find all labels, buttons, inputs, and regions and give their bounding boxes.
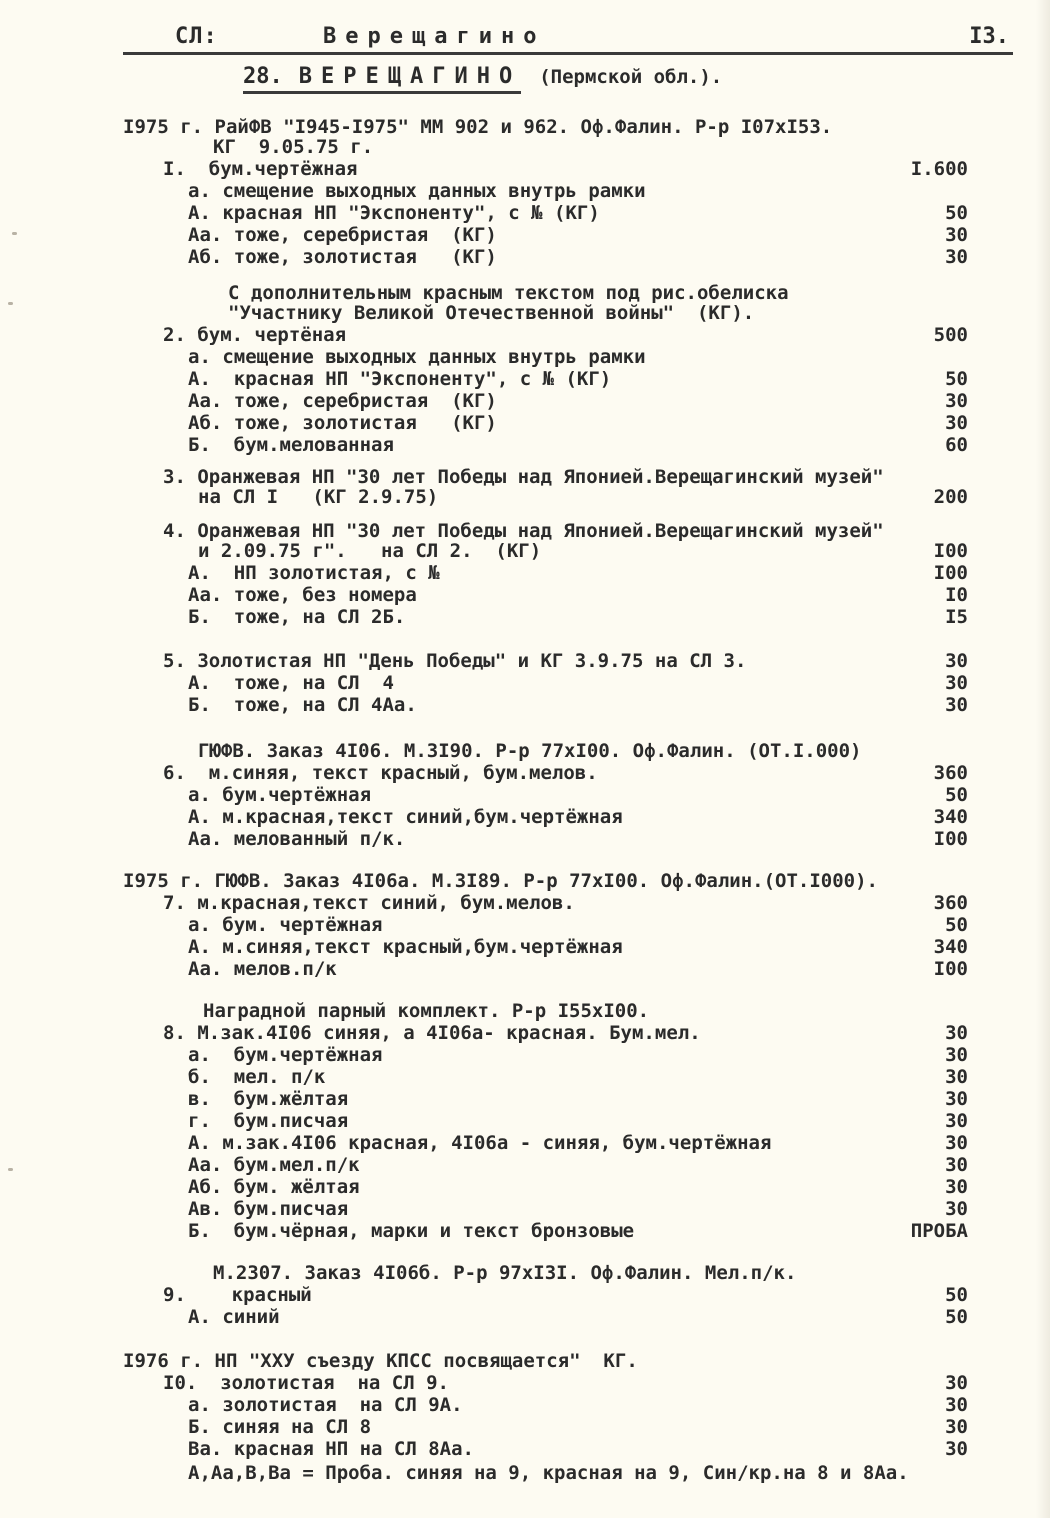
entry-text: Аб. тоже, золотистая (КГ) [188,412,497,434]
catalog-line: А. м.красная,текст синий,бум.чертёжная34… [0,806,1050,828]
entry-quantity: 30 [945,650,968,672]
entry-text: I976 г. НП "ХХУ съезду КПСС посвящается"… [123,1350,638,1372]
catalog-line: а. бум. чертёжная50 [0,914,1050,936]
entry-quantity: 50 [945,368,968,390]
catalog-line: ГЮФВ. Заказ 4I06. М.3I90. Р-р 77xI00. Оф… [0,740,1050,762]
catalog-line: а. смещение выходных данных внутрь рамки [0,346,1050,368]
entry-text: I. бум.чертёжная [163,158,357,180]
entry-quantity: 60 [945,434,968,456]
entry-text: на СЛ I (КГ 2.9.75) [198,486,438,508]
entry-text: "Участнику Великой Отечественной войны" … [228,302,754,324]
entry-quantity: 50 [945,202,968,224]
catalog-line: Аа. мелованный п/к.I00 [0,828,1050,850]
catalog-line: а. бум.чертёжная30 [0,1044,1050,1066]
catalog-line: 2. бум. чертёная500 [0,324,1050,346]
catalog-line: в. бум.жёлтая30 [0,1088,1050,1110]
section-heading: 28.ВЕРЕЩАГИНО [243,64,521,94]
entry-text: Б. бум.мелованная [188,434,394,456]
entry-text: I0. золотистая на СЛ 9. [163,1372,449,1394]
entry-quantity: 50 [945,784,968,806]
entry-quantity: 30 [945,1154,968,1176]
entry-text: А. красная НП "Экспоненту", с № (КГ) [188,202,600,224]
entry-text: 2. бум. чертёная [163,324,346,346]
section-name: ВЕРЕЩАГИНО [299,64,521,89]
catalog-line: I0. золотистая на СЛ 9.30 [0,1372,1050,1394]
catalog-line: и 2.09.75 г". на СЛ 2. (КГ)I00 [0,540,1050,562]
catalog-line: б. мел. п/к30 [0,1066,1050,1088]
entry-quantity: I00 [934,958,968,980]
entry-quantity: 50 [945,914,968,936]
catalog-line: 3. Оранжевая НП "30 лет Победы над Япони… [0,466,1050,488]
catalog-line: "Участнику Великой Отечественной войны" … [0,302,1050,324]
entry-quantity: 30 [945,1394,968,1416]
entry-text: Аа. мелов.п/к [188,958,337,980]
entry-text: А. м.зак.4I06 красная, 4I06а - синяя, бу… [188,1132,771,1154]
catalog-line: Аа. тоже, без номераI0 [0,584,1050,606]
catalog-line: 5. Золотистая НП "День Победы" и КГ 3.9.… [0,650,1050,672]
section-region: (Пермской обл.). [539,66,722,88]
entry-quantity: 30 [945,1198,968,1220]
catalog-line: Ав. бум.писчая30 [0,1198,1050,1220]
document-page: СЛ: Верещагино I3. 28.ВЕРЕЩАГИНО(Пермско… [0,0,1050,1518]
catalog-line: I976 г. НП "ХХУ съезду КПСС посвящается"… [0,1350,1050,1372]
catalog-line: Аа. тоже, серебристая (КГ)30 [0,224,1050,246]
entry-text: А. м.красная,текст синий,бум.чертёжная [188,806,623,828]
entry-quantity: 30 [945,412,968,434]
entry-text: и 2.09.75 г". на СЛ 2. (КГ) [198,540,541,562]
entry-text: а. смещение выходных данных внутрь рамки [188,346,646,368]
entry-text: Б. тоже, на СЛ 4Аа. [188,694,417,716]
entry-quantity: 30 [945,1176,968,1198]
entry-quantity: I00 [934,828,968,850]
catalog-line: Б. тоже, на СЛ 4Аа.30 [0,694,1050,716]
entry-quantity: 30 [945,1088,968,1110]
entry-text: М.2307. Заказ 4I06б. Р-р 97xI3I. Оф.Фали… [213,1262,796,1284]
entry-text: а. бум.чертёжная [188,1044,382,1066]
entry-text: Ва. красная НП на СЛ 8Аа. [188,1438,474,1460]
catalog-line: 4. Оранжевая НП "30 лет Победы над Япони… [0,520,1050,542]
entry-text: А,Аа,В,Ва = Проба. синяя на 9, красная н… [188,1462,909,1484]
entry-text: Аа. мелованный п/к. [188,828,405,850]
catalog-line: 7. м.красная,текст синий, бум.мелов.360 [0,892,1050,914]
entry-text: А. тоже, на СЛ 4 [188,672,394,694]
entry-quantity: ПРОБА [911,1220,968,1242]
entry-quantity: 30 [945,1066,968,1088]
catalog-line: Б. тоже, на СЛ 2Б.I5 [0,606,1050,628]
catalog-line: I975 г. РайФВ "I945-I975" ММ 902 и 962. … [0,116,1050,138]
entry-text: Б. синяя на СЛ 8 [188,1416,371,1438]
entry-quantity: 30 [945,1438,968,1460]
catalog-line: Аа. мелов.п/кI00 [0,958,1050,980]
entry-quantity: 30 [945,672,968,694]
entry-quantity: I.600 [911,158,968,180]
entry-text: А. красная НП "Экспоненту", с № (КГ) [188,368,611,390]
catalog-line: г. бум.писчая30 [0,1110,1050,1132]
entry-text: а. золотистая на СЛ 9А. [188,1394,463,1416]
entry-text: 8. М.зак.4I06 синяя, а 4I06а- красная. Б… [163,1022,701,1044]
entry-text: а. бум. чертёжная [188,914,382,936]
entry-text: КГ 9.05.75 г. [213,136,373,158]
entry-text: Ав. бум.писчая [188,1198,348,1220]
catalog-line: 6. м.синяя, текст красный, бум.мелов.360 [0,762,1050,784]
entry-quantity: 50 [945,1306,968,1328]
catalog-line: Б. бум.мелованная60 [0,434,1050,456]
entry-text: Аа. тоже, серебристая (КГ) [188,390,497,412]
catalog-line: Аб. тоже, золотистая (КГ)30 [0,246,1050,268]
section-number: 28. [243,64,283,89]
entry-text: I975 г. ГЮФВ. Заказ 4I06а. М.3I89. Р-р 7… [123,870,878,892]
catalog-line: С дополнительным красным текстом под рис… [0,282,1050,304]
entry-text: Аб. бум. жёлтая [188,1176,360,1198]
page-number: I3. [969,24,1009,49]
catalog-line: 8. М.зак.4I06 синяя, а 4I06а- красная. Б… [0,1022,1050,1044]
catalog-line: Ва. красная НП на СЛ 8Аа.30 [0,1438,1050,1460]
entry-quantity: 340 [934,806,968,828]
catalog-line: А. тоже, на СЛ 430 [0,672,1050,694]
catalog-line: Аа. бум.мел.п/к30 [0,1154,1050,1176]
entry-text: 4. Оранжевая НП "30 лет Победы над Япони… [163,520,884,542]
catalog-line: Аб. тоже, золотистая (КГ)30 [0,412,1050,434]
catalog-line: Б. синяя на СЛ 830 [0,1416,1050,1438]
catalog-line: а. бум.чертёжная50 [0,784,1050,806]
entry-quantity: 30 [945,246,968,268]
entry-quantity: I5 [945,606,968,628]
entry-text: А. НП золотистая, с № [188,562,440,584]
entry-quantity: 30 [945,1132,968,1154]
entry-text: Б. тоже, на СЛ 2Б. [188,606,405,628]
entry-quantity: 50 [945,1284,968,1306]
entry-text: С дополнительным красным текстом под рис… [228,282,789,304]
catalog-line: А. синий50 [0,1306,1050,1328]
catalog-line: А. м.синяя,текст красный,бум.чертёжная34… [0,936,1050,958]
entry-text: Наградной парный комплект. Р-р I55xI00. [203,1000,649,1022]
entry-quantity: 360 [934,892,968,914]
entry-quantity: 200 [934,486,968,508]
entry-text: А. синий [188,1306,280,1328]
entry-quantity: I0 [945,584,968,606]
entry-text: 7. м.красная,текст синий, бум.мелов. [163,892,575,914]
entry-text: а. смещение выходных данных внутрь рамки [188,180,646,202]
catalog-line: А. красная НП "Экспоненту", с № (КГ)50 [0,368,1050,390]
entry-quantity: 30 [945,1372,968,1394]
section-title: 28.ВЕРЕЩАГИНО(Пермской обл.). [243,64,722,94]
catalog-line: I. бум.чертёжнаяI.600 [0,158,1050,180]
place-name: Верещагино [323,24,545,49]
catalog-line: а. смещение выходных данных внутрь рамки [0,180,1050,202]
entry-text: в. бум.жёлтая [188,1088,348,1110]
entry-quantity: I00 [934,540,968,562]
catalog-line: А. НП золотистая, с №I00 [0,562,1050,584]
entry-quantity: 30 [945,1022,968,1044]
catalog-line: 9. красный50 [0,1284,1050,1306]
catalog-line: Б. бум.чёрная, марки и текст бронзовыеПР… [0,1220,1050,1242]
entry-text: Аб. тоже, золотистая (КГ) [188,246,497,268]
entry-text: 6. м.синяя, текст красный, бум.мелов. [163,762,598,784]
catalog-line: на СЛ I (КГ 2.9.75)200 [0,486,1050,508]
entry-quantity: 500 [934,324,968,346]
catalog-line: Аб. бум. жёлтая30 [0,1176,1050,1198]
entry-quantity: 30 [945,390,968,412]
catalog-line: М.2307. Заказ 4I06б. Р-р 97xI3I. Оф.Фали… [0,1262,1050,1284]
entry-quantity: 30 [945,1044,968,1066]
entry-text: ГЮФВ. Заказ 4I06. М.3I90. Р-р 77xI00. Оф… [198,740,861,762]
entry-quantity: 30 [945,1110,968,1132]
catalog-line: а. золотистая на СЛ 9А.30 [0,1394,1050,1416]
entry-text: Аа. бум.мел.п/к [188,1154,360,1176]
entry-text: 3. Оранжевая НП "30 лет Победы над Япони… [163,466,884,488]
catalog-line: КГ 9.05.75 г. [0,136,1050,158]
entry-text: а. бум.чертёжная [188,784,371,806]
entry-text: г. бум.писчая [188,1110,348,1132]
entry-quantity: 30 [945,1416,968,1438]
catalog-line: А. красная НП "Экспоненту", с № (КГ)50 [0,202,1050,224]
catalog-line: А. м.зак.4I06 красная, 4I06а - синяя, бу… [0,1132,1050,1154]
entry-quantity: 30 [945,224,968,246]
catalog-line: А,Аа,В,Ва = Проба. синяя на 9, красная н… [0,1462,1050,1484]
series-label: СЛ: [175,24,218,49]
catalog-line: I975 г. ГЮФВ. Заказ 4I06а. М.3I89. Р-р 7… [0,870,1050,892]
entry-text: Аа. тоже, серебристая (КГ) [188,224,497,246]
entry-text: 9. красный [163,1284,312,1306]
entry-text: Аа. тоже, без номера [188,584,417,606]
catalog-line: Наградной парный комплект. Р-р I55xI00. [0,1000,1050,1022]
entry-quantity: 340 [934,936,968,958]
entry-text: I975 г. РайФВ "I945-I975" ММ 902 и 962. … [123,116,832,138]
entry-text: Б. бум.чёрная, марки и текст бронзовые [188,1220,634,1242]
entry-text: А. м.синяя,текст красный,бум.чертёжная [188,936,623,958]
catalog-line: Аа. тоже, серебристая (КГ)30 [0,390,1050,412]
entry-quantity: I00 [934,562,968,584]
entry-quantity: 30 [945,694,968,716]
entry-quantity: 360 [934,762,968,784]
entry-text: 5. Золотистая НП "День Победы" и КГ 3.9.… [163,650,746,672]
entry-text: б. мел. п/к [188,1066,325,1088]
running-header: СЛ: Верещагино I3. [123,22,1013,55]
